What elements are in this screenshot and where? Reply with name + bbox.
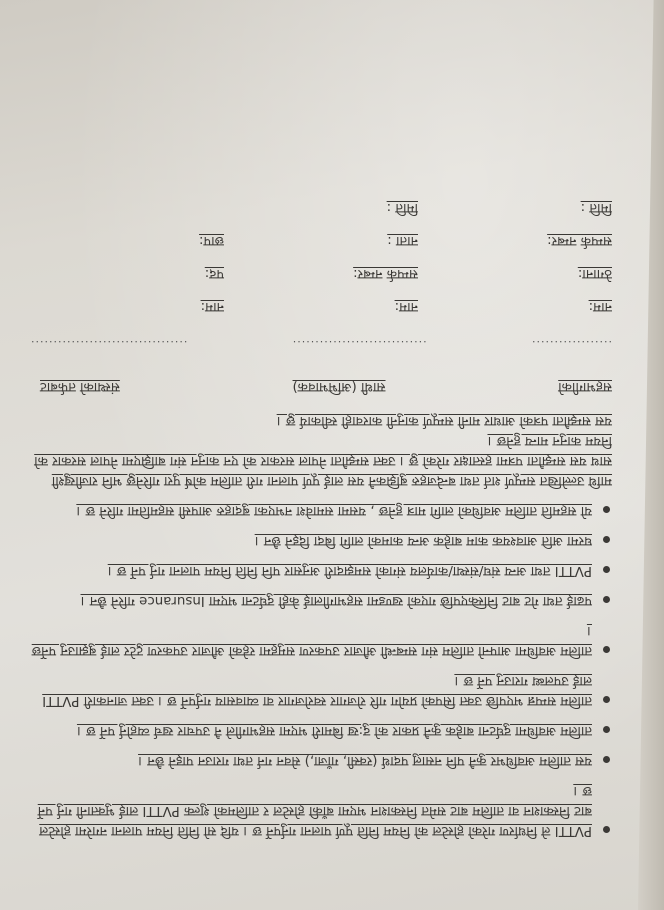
term-text: यो सहमति तालिम अवधिको लागि मात्र हुनेछ ,… [76, 503, 592, 518]
participant-heading: सहभागीको [558, 376, 612, 396]
guardian-contact-field: सम्पर्क नम्बर: [224, 263, 418, 283]
institution-position-field: पद: [30, 263, 224, 283]
guardian-name-field: नाम: [224, 296, 418, 316]
participant-address-field: ठेगाना: [418, 263, 612, 283]
page-edge-shadow [638, 0, 664, 910]
guardian-heading: साथी (अभिभावक) [293, 376, 386, 396]
term-item: PVTTI तथा अन्य संघ/संस्था/कार्यलय संगको … [30, 560, 612, 580]
institution-heading: संस्थाको तर्फबाट [40, 376, 120, 396]
term-text: तालिम सम्पन्न भएपछि उक्त सिपको प्रयोग गर… [42, 673, 592, 708]
signature-lines: .................. .....................… [30, 334, 612, 354]
institution-name-field: नाम: [30, 296, 224, 316]
acceptance-line: यस सम्झौता पत्रको आधार मानी सम्पूर्ण कान… [30, 410, 612, 430]
institution-empty-field [30, 197, 224, 217]
term-item: PVTTI ले निर्धारण गरेको होस्टेल को नियम … [30, 780, 612, 840]
document-body: PVTTI ले निर्धारण गरेको होस्टेल को नियम … [30, 197, 612, 840]
closing-paragraph: माथि उल्लेखित सम्पूर्ण शर्त तथा बन्देजहर… [30, 430, 612, 490]
term-item: यो सहमति तालिम अवधिको लागि मात्र हुनेछ ,… [30, 500, 612, 520]
participant-contact-field: सम्पर्क नम्बर: [418, 230, 612, 250]
term-text: पढाई तथा गेट बाट निस्किएपछि गएको खण्डमा … [81, 593, 592, 608]
participant-name-field: नाम: [418, 296, 612, 316]
term-text: तालिम अवधिमा आफ्नो तालिम संग सम्बन्धी औज… [32, 623, 592, 658]
term-text: PVTTI ले निर्धारण गरेको होस्टेल को नियम … [38, 783, 592, 838]
participant-signature-line: .................. [531, 334, 612, 354]
guardian-date-field: मिति : [224, 197, 418, 217]
closing-text: माथि उल्लेखित सम्पूर्ण शर्त तथा बन्देजहर… [34, 433, 612, 488]
term-item: यस तालिम अवधिभर कुनै पनि नसालु पदार्थ (र… [30, 750, 612, 770]
institution-signature-line: ................................... [30, 334, 187, 354]
signatory-fields: नाम: नाम: नाम: ठेगाना: सम्पर्क नम्बर: पद… [30, 197, 612, 316]
term-item: पढाई तथा गेट बाट निस्किएपछि गएको खण्डमा … [30, 590, 612, 610]
term-text: यस तालिम अवधिभर कुनै पनि नसालु पदार्थ (र… [138, 753, 592, 768]
term-item: तालिम सम्पन्न भएपछि उक्त सिपको प्रयोग गर… [30, 670, 612, 710]
acceptance-text: यस सम्झौता पत्रको आधार मानी सम्पूर्ण कान… [277, 413, 612, 428]
photo: PVTTI ले निर्धारण गरेको होस्टेल को नियम … [0, 0, 664, 910]
document-page: PVTTI ले निर्धारण गरेको होस्टेल को नियम … [0, 0, 664, 910]
terms-list: PVTTI ले निर्धारण गरेको होस्टेल को नियम … [30, 500, 612, 840]
term-text: घरमा अति आवश्यक काम बाहेक अन्य कामको लाग… [255, 533, 592, 548]
term-text: PVTTI तथा अन्य संघ/संस्था/कार्यलय संगको … [108, 563, 592, 578]
guardian-signature-line: .............................. [292, 334, 427, 354]
term-item: घरमा अति आवश्यक काम बाहेक अन्य कामको लाग… [30, 530, 612, 550]
term-item: तालिम अवधिमा दुर्घटना बाहेक कुनै प्रकार … [30, 720, 612, 740]
signatory-headings: सहभागीको साथी (अभिभावक) संस्थाको तर्फबाट [30, 376, 612, 396]
term-item: तालिम अवधिमा आफ्नो तालिम संग सम्बन्धी औज… [30, 620, 612, 660]
guardian-relation-field: नाता : [224, 230, 418, 250]
participant-date-field: मिति : [418, 197, 612, 217]
term-text: तालिम अवधिमा दुर्घटना बाहेक कुनै प्रकार … [77, 723, 592, 738]
institution-stamp-field: छाप: [30, 230, 224, 250]
